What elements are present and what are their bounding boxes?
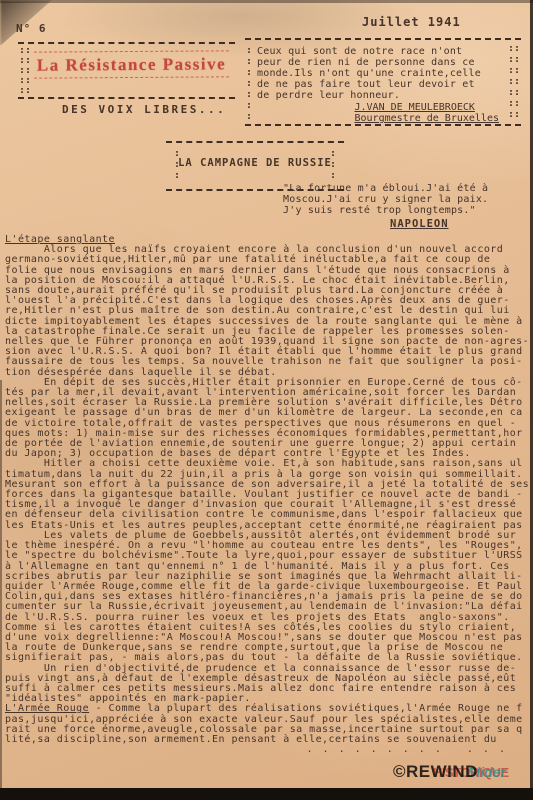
newspaper-title: La Résistance Passive [37, 54, 226, 74]
epigraph: "La fortune m'a ébloui.J'ai été à Moscou… [283, 183, 488, 216]
article-paragraph: L'Armée Rouge - Comme la plupart des réa… [5, 704, 533, 745]
epigraph-author: NAPOLEON [390, 218, 449, 230]
tagline: DES VOIX LIBRES... [62, 103, 226, 116]
article-paragraph: Un rien d'objectivité,de prudence et la … [5, 664, 533, 705]
watermark-copyright-text: ©REWIND [393, 762, 478, 782]
scan-edge-left [0, 380, 2, 800]
quote-box-right-colons: :: :: :: :: :: :: :: [508, 43, 520, 120]
issue-date: Juillet 1941 [362, 15, 461, 29]
quote-author-title: Bourgmestre de Bruxelles [355, 113, 500, 124]
scan-edge-top [0, 0, 533, 3]
article-paragraph: En dépit de ses succès,Hitler était pris… [5, 378, 533, 460]
masthead-border-colons: :: :: :: :: :: [19, 46, 31, 96]
header-quote-text: Ceux qui sont de notre race n'ont peur d… [257, 46, 481, 101]
quote-box-left-colons: : : : : : : : [246, 45, 252, 122]
header-quote-box: : : : : : : : :: :: :: :: :: :: :: Ceux … [245, 38, 521, 126]
article-title: LA CAMPAGNE DE RUSSIE [166, 157, 344, 169]
trailing-dots: . . . . . . . . . . . . [5, 745, 533, 755]
masthead-stamp: La Résistance Passive [34, 50, 229, 78]
scan-edge-bottom [0, 788, 533, 800]
article-body: L'étape sanglante Alors que les naïfs cr… [5, 235, 533, 755]
issue-number: N° 6 [16, 22, 47, 35]
scanned-page: N° 6 Juillet 1941 :: :: :: :: :: La Rési… [0, 0, 533, 800]
masthead-box: :: :: :: :: :: La Résistance Passive [18, 42, 235, 99]
article-paragraph: Les valets de plume de Goebbels,aussitôt… [5, 531, 533, 664]
watermark: HISTORIQUE Slider ©REWIND [393, 760, 533, 788]
header-quote-signature: J.VAN DE MEULEBROECK Bourgmestre de Brux… [355, 102, 500, 124]
article-paragraph: Alors que les naïfs croyaient encore à l… [5, 245, 533, 378]
article-paragraph: Hitler a choisi cette deuxième voie. Et,… [5, 459, 533, 530]
quote-author: J.VAN DE MEULEBROECK [355, 102, 500, 113]
